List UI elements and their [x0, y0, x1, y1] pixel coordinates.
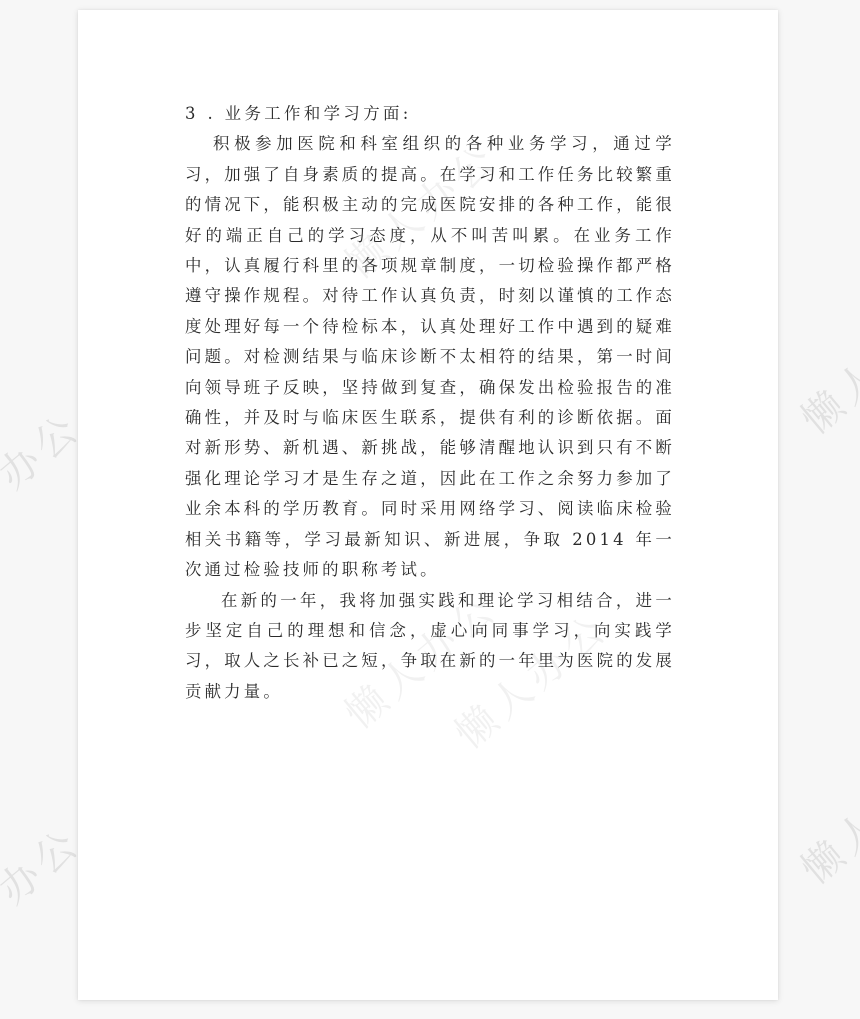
- section-heading: 3 . 业务工作和学习方面:: [185, 99, 675, 129]
- paragraph-work-study: 积极参加医院和科室组织的各种业务学习，通过学习，加强了自身素质的提高。在学习和工…: [185, 129, 675, 585]
- document-page: 懒人办公 懒人办公 懒人办公 3 . 业务工作和学习方面: 积极参加医院和科室组…: [78, 10, 778, 1000]
- watermark-right-top: 懒人: [787, 342, 860, 445]
- paragraph-new-year: 在新的一年，我将加强实践和理论学习相结合，进一步坚定自己的理想和信念，虚心向同事…: [185, 586, 675, 708]
- document-body: 3 . 业务工作和学习方面: 积极参加医院和科室组织的各种业务学习，通过学习，加…: [185, 99, 675, 707]
- watermark-right-bottom: 懒人: [787, 792, 860, 895]
